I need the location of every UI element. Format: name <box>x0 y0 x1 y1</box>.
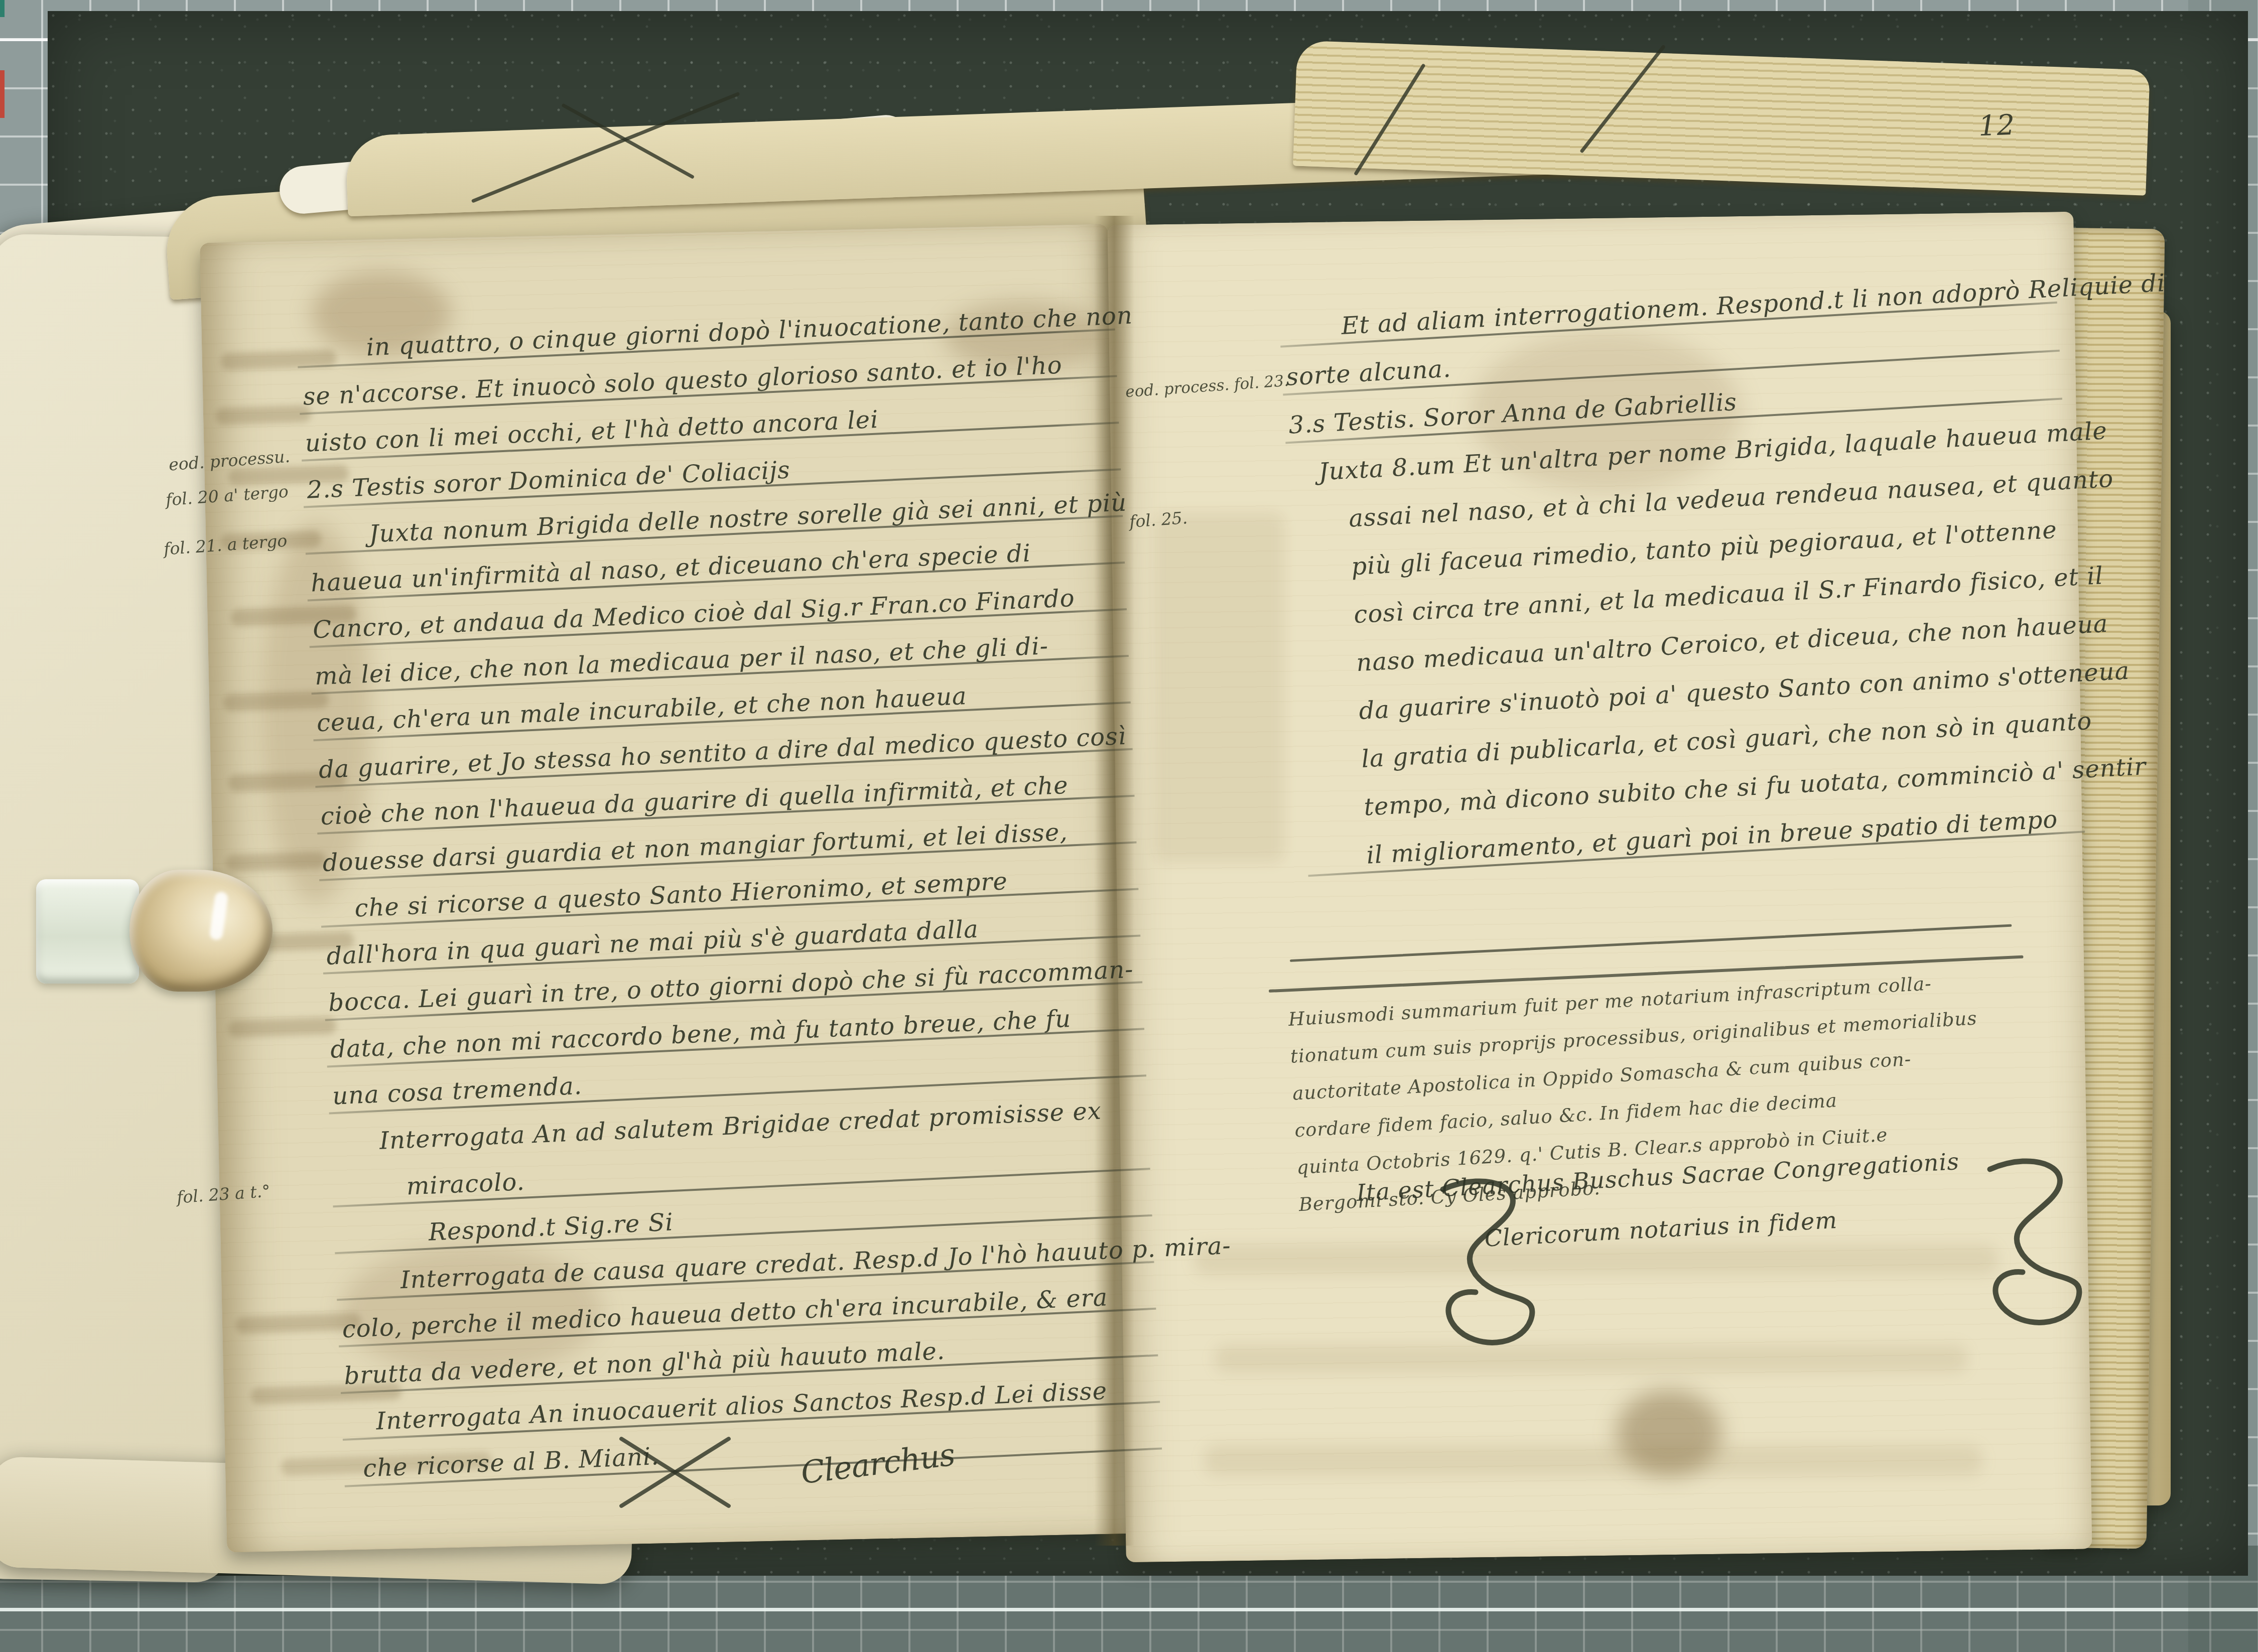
bleed-through <box>215 405 311 426</box>
archival-photo: in quattro, o cinque giorni dopò l'inuoc… <box>0 0 2258 1652</box>
bleed-through <box>225 852 326 872</box>
glass-weight-bulb <box>129 870 273 992</box>
glass-weight-rod <box>36 879 139 984</box>
calibration-mark-red <box>0 70 5 118</box>
bleed-through <box>1154 512 1285 863</box>
right-page-text: Et ad aliam interrogationem. Respond.t l… <box>1282 265 2074 882</box>
margin-note: fol. 25. <box>1129 508 1188 531</box>
bleed-through <box>1205 1445 1982 1475</box>
left-page-text: in quattro, o cinque giorni dopò l'inuoc… <box>300 294 1151 1493</box>
grid-major-line-bottom <box>0 1608 2258 1611</box>
cross-flourish <box>610 1428 740 1518</box>
paraph-flourish <box>1975 1154 2100 1335</box>
paraph-flourish <box>1428 1174 1553 1355</box>
calibration-mark-teal <box>0 0 5 17</box>
folio-number: 12 <box>1978 109 2016 143</box>
bleed-through <box>1215 1345 1967 1372</box>
